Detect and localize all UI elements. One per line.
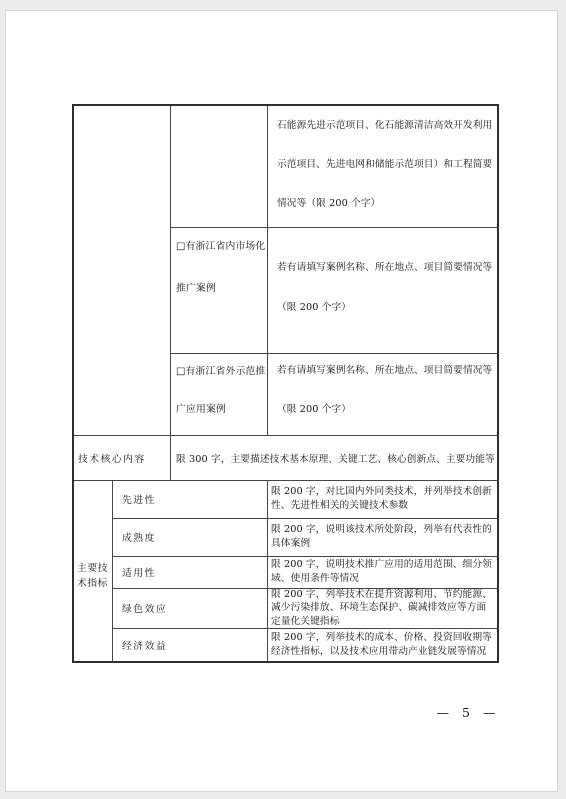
indicator-label-cell: 成熟度: [122, 518, 156, 556]
indicator-desc: 限 200 字，说明该技术所处阶段，列举有代表性的具体案例: [271, 523, 495, 551]
indicator-desc-cell: 限 200 字，列举技术在提升资源利用、节约能源、减少污染排放、环境生态保护、碳…: [271, 588, 495, 628]
indicator-label-cell: 适用性: [122, 556, 156, 588]
indicator-desc: 限 200 字，列举技术的成本、价格、投资回收期等经济性指标，以及技术应用带动产…: [271, 631, 495, 659]
checkbox-label-line: 推广案例: [176, 268, 265, 310]
core-content-desc: 限 300 字，主要描述技术基本原理、关键工艺、核心创新点、主要功能等: [176, 451, 495, 465]
indicator-desc-cell: 限 200 字，列举技术的成本、价格、投资回收期等经济性指标，以及技术应用带动产…: [271, 628, 495, 662]
indicator-label: 成熟度: [122, 530, 156, 544]
indicator-group-label: 主要技 术指标: [73, 562, 112, 591]
case-out-province-label: □有浙江省外示范推 广应用案例: [176, 353, 265, 429]
table-vline-col2-top: [267, 106, 268, 435]
core-content-label: 技术核心内容: [78, 451, 146, 465]
table-vline-col2-bottom: [267, 480, 268, 661]
case-out-province-desc: 若有请填写案例名称、所在地点、项目简要情况等 （限 200 个字）: [277, 351, 492, 429]
continuation-desc-line: 情况等（限 200 个字）: [277, 184, 492, 223]
table-vline-group: [112, 480, 113, 661]
indicator-label: 先进性: [122, 492, 156, 506]
indicator-desc: 限 200 字，说明技术推广应用的适用范围、细分领域、使用条件等情况: [271, 558, 495, 586]
case-in-province-desc: 若有请填写案例名称、所在地点、项目简要情况等 （限 200 个字）: [277, 248, 492, 328]
indicator-desc-cell: 限 200 字，对比国内外同类技术，并列举技术创新性、先进性相关的关键技术参数: [271, 480, 495, 518]
indicator-label-cell: 先进性: [122, 480, 156, 518]
core-content-desc-cell: 限 300 字，主要描述技术基本原理、关键工艺、核心创新点、主要功能等: [176, 435, 495, 480]
page-number: — 5 —: [430, 705, 502, 720]
continuation-desc: 石能源先进示范项目、化石能源清洁高效开发利用 示范项目、先进电网和储能示范项目）…: [277, 106, 492, 223]
indicator-desc-cell: 限 200 字，说明该技术所处阶段，列举有代表性的具体案例: [271, 518, 495, 556]
checkbox-label-line: □有浙江省外示范推: [176, 353, 265, 391]
checkbox-label-line: □有浙江省内市场化: [176, 226, 265, 268]
indicator-label: 经济效益: [122, 638, 167, 652]
continuation-desc-line: 石能源先进示范项目、化石能源清洁高效开发利用: [277, 106, 492, 145]
continuation-desc-line: 示范项目、先进电网和储能示范项目）和工程简要: [277, 145, 492, 184]
indicator-desc: 限 200 字，列举技术在提升资源利用、节约能源、减少污染排放、环境生态保护、碳…: [271, 588, 495, 628]
checkbox-label-line: 广应用案例: [176, 391, 265, 429]
indicator-group-label-line: 主要技: [73, 562, 112, 577]
indicator-desc: 限 200 字，对比国内外同类技术，并列举技术创新性、先进性相关的关键技术参数: [271, 485, 495, 513]
case-desc-line: （限 200 个字）: [277, 288, 492, 328]
case-desc-line: 若有请填写案例名称、所在地点、项目简要情况等: [277, 351, 492, 390]
core-content-label-cell: 技术核心内容: [78, 435, 146, 480]
indicator-group-label-line: 术指标: [73, 577, 112, 592]
indicator-label: 绿色效应: [122, 601, 167, 615]
indicator-label-cell: 绿色效应: [122, 588, 167, 628]
table-vline-col1: [170, 106, 171, 480]
case-desc-line: 若有请填写案例名称、所在地点、项目简要情况等: [277, 248, 492, 288]
indicator-label-cell: 经济效益: [122, 628, 167, 662]
case-desc-line: （限 200 个字）: [277, 390, 492, 429]
indicator-desc-cell: 限 200 字，说明技术推广应用的适用范围、细分领域、使用条件等情况: [271, 556, 495, 588]
indicator-label: 适用性: [122, 565, 156, 579]
case-in-province-label: □有浙江省内市场化 推广案例: [176, 226, 265, 310]
